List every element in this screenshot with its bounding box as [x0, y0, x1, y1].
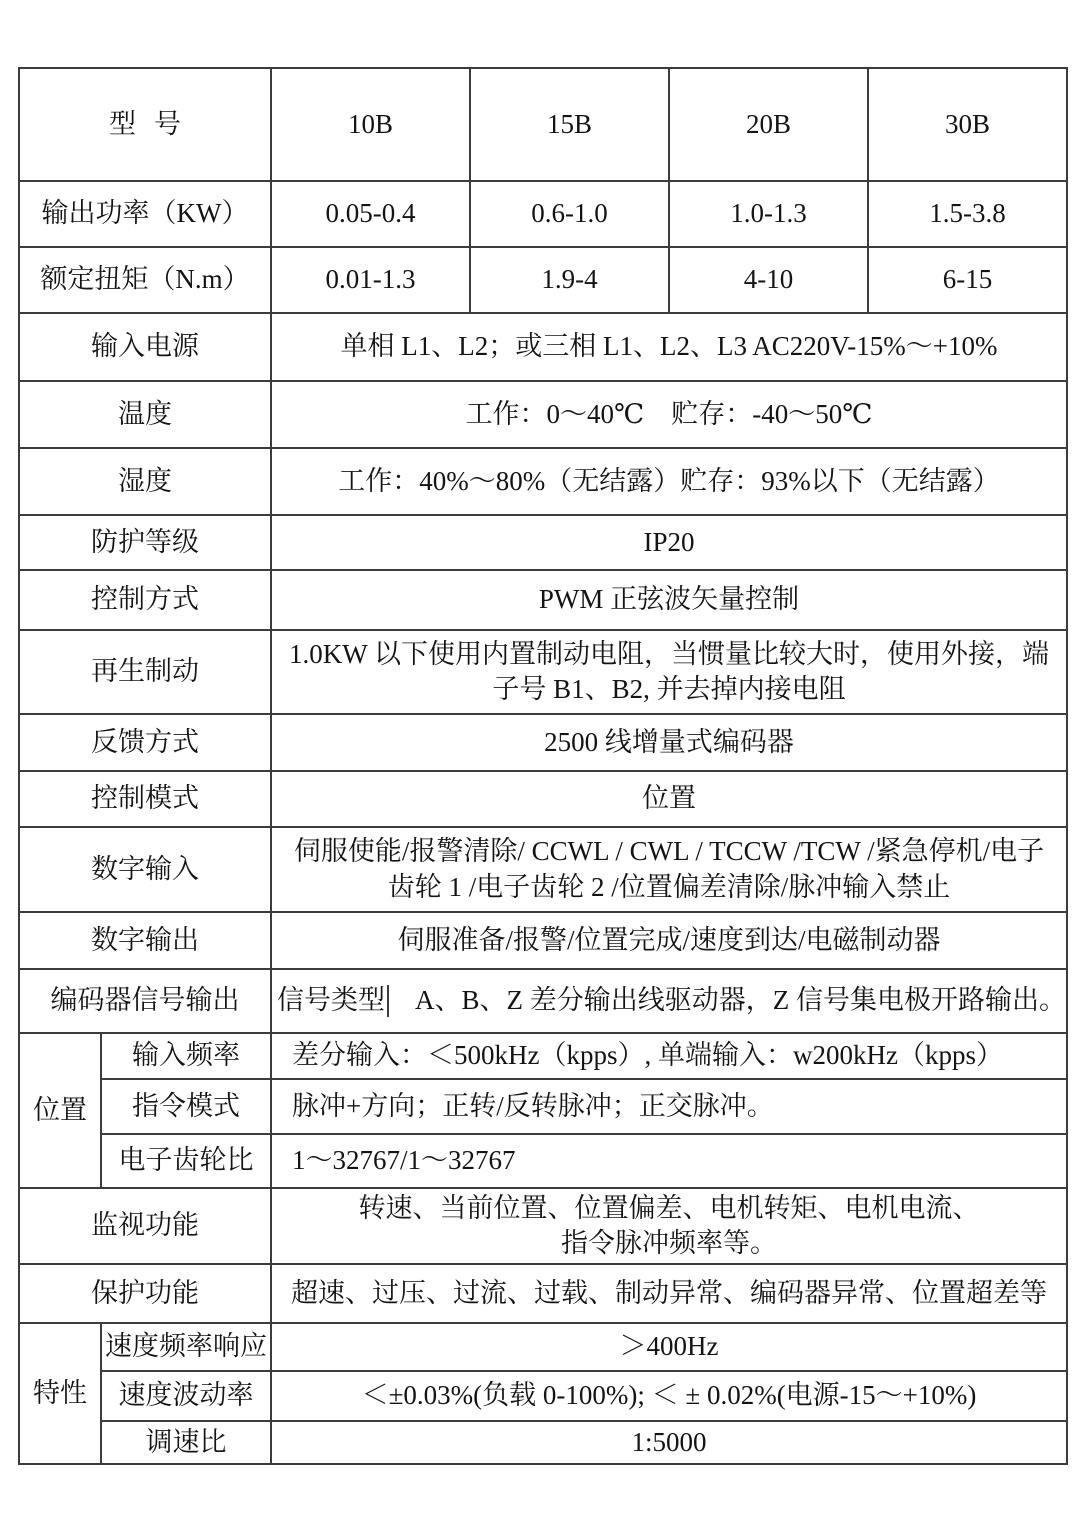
regen-braking-line2: 子号 B1、B2, 并去掉内接电阻: [272, 672, 1066, 707]
position-command-mode-row: 指令模式 脉冲+方向；正转/反转脉冲；正交脉冲。: [19, 1079, 1067, 1134]
monitoring-label: 监视功能: [19, 1188, 271, 1264]
position-input-freq-row: 位置 输入频率 差分输入：＜500kHz（kpps）, 单端输入：w200kHz…: [19, 1033, 1067, 1079]
digital-output-label: 数字输出: [19, 912, 271, 969]
input-power-row: 输入电源 单相 L1、L2；或三相 L1、L2、L3 AC220V-15%〜+1…: [19, 313, 1067, 381]
regen-braking-row: 再生制动 1.0KW 以下使用内置制动电阻，当惯量比较大时，使用外接，端 子号 …: [19, 630, 1067, 714]
input-power-content: 单相 L1、L2；或三相 L1、L2、L3 AC220V-15%〜+10%: [271, 313, 1067, 381]
regen-braking-line1: 1.0KW 以下使用内置制动电阻，当惯量比较大时，使用外接，端: [272, 637, 1066, 672]
position-group-label: 位置: [19, 1033, 101, 1188]
command-mode-content: 脉冲+方向；正转/反转脉冲；正交脉冲。: [271, 1079, 1067, 1134]
digital-output-row: 数字输出 伺服准备/报警/位置完成/速度到达/电磁制动器: [19, 912, 1067, 969]
temperature-row: 温度 工作：0〜40℃ 贮存：-40〜50℃: [19, 381, 1067, 448]
command-mode-label: 指令模式: [101, 1079, 271, 1134]
model-20b-cell: 20B: [669, 68, 868, 181]
input-freq-content: 差分输入：＜500kHz（kpps）, 单端输入：w200kHz（kpps）: [271, 1033, 1067, 1079]
output-power-label: 输出功率（KW）: [19, 181, 271, 247]
encoder-cell-divider: [387, 985, 389, 1017]
spec-sheet-page: 型号 10B 15B 20B 30B 输出功率（KW） 0.05-0.4 0.6…: [0, 0, 1080, 1527]
humidity-content: 工作：40%〜80%（无结露）贮存：93%以下（无结露）: [271, 448, 1067, 515]
humidity-label: 湿度: [19, 448, 271, 515]
digital-input-line1: 伺服使能/报警清除/ CCWL / CWL / TCCW /TCW /紧急停机/…: [272, 834, 1066, 869]
speed-freq-response-label: 速度频率响应: [101, 1323, 271, 1371]
encoder-output-content: 信号类型 A、B、Z 差分输出线驱动器，Z 信号集电极开路输出。: [272, 983, 1066, 1018]
temperature-label: 温度: [19, 381, 271, 448]
feedback-label: 反馈方式: [19, 714, 271, 771]
speed-ratio-label: 调速比: [101, 1421, 271, 1464]
output-power-20b: 1.0-1.3: [669, 181, 868, 247]
speed-fluctuation-label: 速度波动率: [101, 1371, 271, 1421]
control-method-content: PWM 正弦波矢量控制: [271, 570, 1067, 630]
char-speed-ratio-row: 调速比 1:5000: [19, 1421, 1067, 1464]
monitoring-content: 转速、当前位置、位置偏差、电机转矩、电机电流、 指令脉冲频率等。: [271, 1188, 1067, 1264]
encoder-output-label: 编码器信号输出: [19, 969, 271, 1033]
temperature-content: 工作：0〜40℃ 贮存：-40〜50℃: [271, 381, 1067, 448]
protection-func-row: 保护功能 超速、过压、过流、过载、制动异常、编码器异常、位置超差等: [19, 1264, 1067, 1323]
gear-ratio-content: 1〜32767/1〜32767: [271, 1134, 1067, 1188]
model-15b-cell: 15B: [470, 68, 669, 181]
monitoring-line2: 指令脉冲频率等。: [272, 1226, 1066, 1261]
protection-class-label: 防护等级: [19, 515, 271, 570]
encoder-output-detail: A、B、Z 差分输出线驱动器，Z 信号集电极开路输出。: [415, 983, 1066, 1018]
monitoring-row: 监视功能 转速、当前位置、位置偏差、电机转矩、电机电流、 指令脉冲频率等。: [19, 1188, 1067, 1264]
digital-input-content: 伺服使能/报警清除/ CCWL / CWL / TCCW /TCW /紧急停机/…: [271, 827, 1067, 912]
position-gear-ratio-row: 电子齿轮比 1〜32767/1〜32767: [19, 1134, 1067, 1188]
digital-input-line2: 齿轮 1 /电子齿轮 2 /位置偏差清除/脉冲输入禁止: [272, 870, 1066, 905]
digital-input-label: 数字输入: [19, 827, 271, 912]
speed-ratio-content: 1:5000: [271, 1421, 1067, 1464]
speed-freq-response-content: ＞400Hz: [271, 1323, 1067, 1371]
servo-spec-table: 型号 10B 15B 20B 30B 输出功率（KW） 0.05-0.4 0.6…: [18, 67, 1068, 1465]
encoder-output-cell: 信号类型 A、B、Z 差分输出线驱动器，Z 信号集电极开路输出。: [271, 969, 1067, 1033]
input-freq-label: 输入频率: [101, 1033, 271, 1079]
regen-braking-content: 1.0KW 以下使用内置制动电阻，当惯量比较大时，使用外接，端 子号 B1、B2…: [271, 630, 1067, 714]
control-mode-content: 位置: [271, 771, 1067, 827]
model-10b-cell: 10B: [271, 68, 470, 181]
digital-output-content: 伺服准备/报警/位置完成/速度到达/电磁制动器: [271, 912, 1067, 969]
char-speed-fluctuation-row: 速度波动率 ＜±0.03%(负载 0-100%); ＜ ± 0.02%(电源-1…: [19, 1371, 1067, 1421]
humidity-row: 湿度 工作：40%〜80%（无结露）贮存：93%以下（无结露）: [19, 448, 1067, 515]
encoder-signal-type-text: 信号类型: [277, 983, 385, 1018]
encoder-output-row: 编码器信号输出 信号类型 A、B、Z 差分输出线驱动器，Z 信号集电极开路输出。: [19, 969, 1067, 1033]
protection-func-content: 超速、过压、过流、过载、制动异常、编码器异常、位置超差等: [271, 1264, 1067, 1323]
header-row: 型号 10B 15B 20B 30B: [19, 68, 1067, 181]
feedback-content: 2500 线增量式编码器: [271, 714, 1067, 771]
control-mode-label: 控制模式: [19, 771, 271, 827]
protection-class-row: 防护等级 IP20: [19, 515, 1067, 570]
control-method-row: 控制方式 PWM 正弦波矢量控制: [19, 570, 1067, 630]
digital-input-row: 数字输入 伺服使能/报警清除/ CCWL / CWL / TCCW /TCW /…: [19, 827, 1067, 912]
model-30b-cell: 30B: [868, 68, 1067, 181]
speed-fluctuation-content: ＜±0.03%(负载 0-100%); ＜ ± 0.02%(电源-15〜+10%…: [271, 1371, 1067, 1421]
monitoring-line1: 转速、当前位置、位置偏差、电机转矩、电机电流、: [272, 1191, 1066, 1226]
regen-braking-label: 再生制动: [19, 630, 271, 714]
output-power-row: 输出功率（KW） 0.05-0.4 0.6-1.0 1.0-1.3 1.5-3.…: [19, 181, 1067, 247]
feedback-row: 反馈方式 2500 线增量式编码器: [19, 714, 1067, 771]
rated-torque-30b: 6-15: [868, 247, 1067, 313]
characteristics-group-label: 特性: [19, 1323, 101, 1464]
rated-torque-row: 额定扭矩（N.m） 0.01-1.3 1.9-4 4-10 6-15: [19, 247, 1067, 313]
rated-torque-10b: 0.01-1.3: [271, 247, 470, 313]
output-power-15b: 0.6-1.0: [470, 181, 669, 247]
rated-torque-label: 额定扭矩（N.m）: [19, 247, 271, 313]
gear-ratio-label: 电子齿轮比: [101, 1134, 271, 1188]
control-mode-row: 控制模式 位置: [19, 771, 1067, 827]
model-header-label: 型号: [19, 68, 271, 181]
output-power-30b: 1.5-3.8: [868, 181, 1067, 247]
rated-torque-20b: 4-10: [669, 247, 868, 313]
output-power-10b: 0.05-0.4: [271, 181, 470, 247]
protection-class-content: IP20: [271, 515, 1067, 570]
control-method-label: 控制方式: [19, 570, 271, 630]
protection-func-label: 保护功能: [19, 1264, 271, 1323]
char-speed-freq-row: 特性 速度频率响应 ＞400Hz: [19, 1323, 1067, 1371]
rated-torque-15b: 1.9-4: [470, 247, 669, 313]
input-power-label: 输入电源: [19, 313, 271, 381]
